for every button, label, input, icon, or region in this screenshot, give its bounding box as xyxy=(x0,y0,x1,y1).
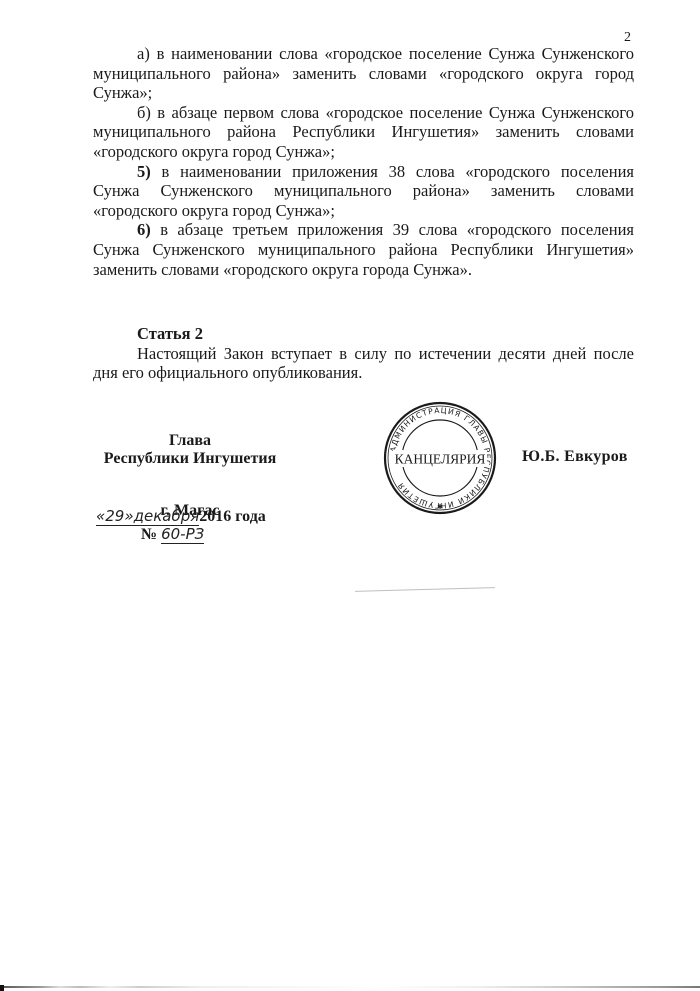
close-quote: » xyxy=(124,507,133,525)
stamp-star: ✱ xyxy=(437,503,443,511)
stamp-center-text: КАНЦЕЛЯРИЯ xyxy=(395,452,486,467)
title-line-1: Глава xyxy=(95,432,285,450)
item-5-text: в наименовании приложения 38 слова «горо… xyxy=(93,162,634,220)
article-2: Статья 2 Настоящий Закон вступает в силу… xyxy=(93,324,634,383)
open-quote: « xyxy=(96,507,105,525)
signatory-name: Ю.Б. Евкуров xyxy=(522,448,628,466)
article-2-heading: Статья 2 xyxy=(137,324,634,344)
faint-scan-line xyxy=(355,587,495,592)
amendment-a: а) в наименовании слова «городское посел… xyxy=(93,44,634,103)
number-prefix: № xyxy=(141,526,157,543)
item-6-number: 6) xyxy=(137,220,151,239)
amendment-item-5: 5) в наименовании приложения 38 слова «г… xyxy=(93,162,634,221)
item-5-number: 5) xyxy=(137,162,151,181)
date-year: 2016 года xyxy=(199,508,266,525)
scan-corner-mark xyxy=(0,985,4,991)
date-line: «29»декабря2016 года xyxy=(96,507,266,526)
title-line-2: Республики Ингушетия xyxy=(95,450,285,468)
scan-bottom-edge xyxy=(0,986,700,988)
item-6-text: в абзаце третьем приложения 39 слова «го… xyxy=(93,220,634,278)
article-2-text: Настоящий Закон вступает в силу по истеч… xyxy=(93,344,634,383)
amendments-list: а) в наименовании слова «городское посел… xyxy=(93,44,634,279)
number-value-handwritten: 60-РЗ xyxy=(161,525,204,544)
date-day: 29 xyxy=(105,507,124,525)
amendment-b: б) в абзаце первом слова «городское посе… xyxy=(93,103,634,162)
law-number: № 60-РЗ xyxy=(141,525,204,544)
amendment-item-6: 6) в абзаце третьем приложения 39 слова … xyxy=(93,220,634,279)
date-day-handwritten: «29»декабря xyxy=(96,507,199,526)
official-stamp: АДМИНИСТРАЦИЯ ГЛАВЫ РЕСПУБЛИКИ ИНГУШЕТИЯ… xyxy=(383,401,497,515)
date-month: декабря xyxy=(134,507,200,525)
